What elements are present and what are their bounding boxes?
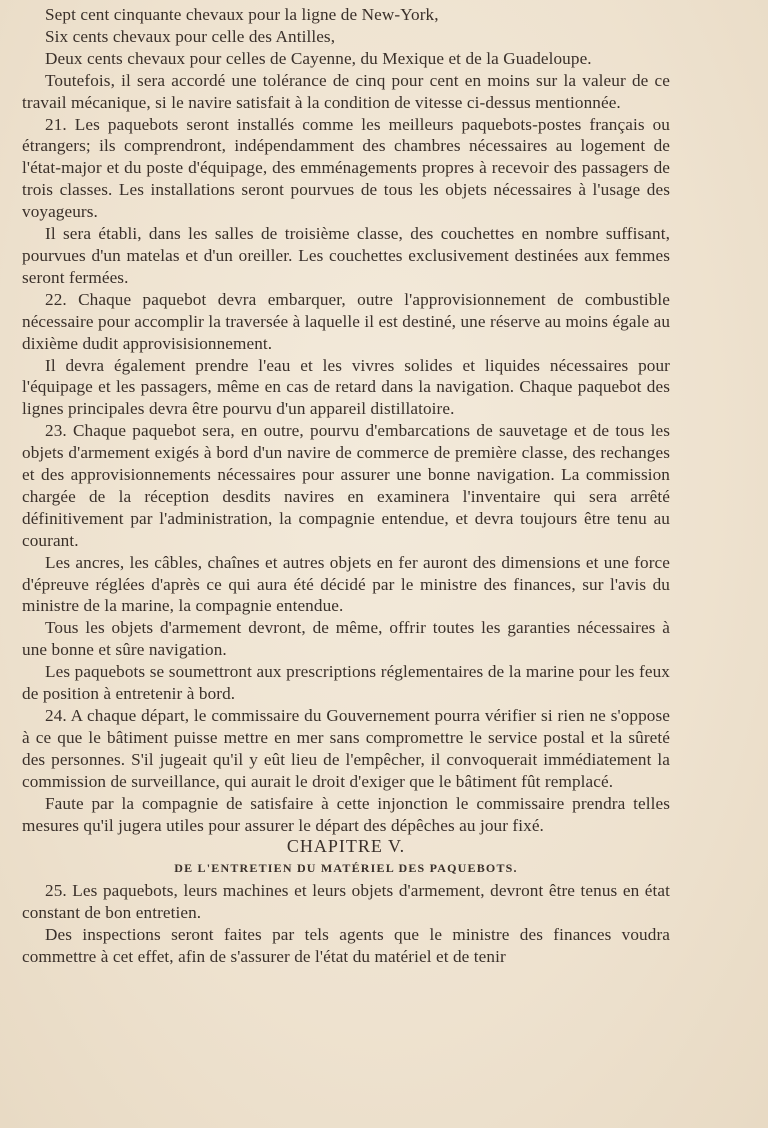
paragraph-injonction: Faute par la compagnie de satisfaire à c… (22, 793, 670, 837)
scanned-page: Sept cent cinquante chevaux pour la lign… (0, 0, 768, 1128)
article-22: 22. Chaque paquebot devra embarquer, out… (22, 289, 670, 355)
paragraph-tolerance: Toutefois, il sera accordé une tolérance… (22, 70, 670, 114)
paragraph-ancres: Les ancres, les câbles, chaînes et autre… (22, 552, 670, 618)
paragraph-line-antilles: Six cents chevaux pour celle des Antille… (22, 26, 670, 48)
paragraph-armement: Tous les objets d'armement devront, de m… (22, 617, 670, 661)
paragraph-vivres: Il devra également prendre l'eau et les … (22, 355, 670, 421)
article-25: 25. Les paquebots, leurs machines et leu… (22, 880, 670, 924)
paragraph-inspections: Des inspections seront faites par tels a… (22, 924, 670, 968)
paragraph-couchettes: Il sera établi, dans les salles de trois… (22, 223, 670, 289)
chapter-subtitle: DE L'ENTRETIEN DU MATÉRIEL DES PAQUEBOTS… (22, 858, 670, 880)
page-body: Sept cent cinquante chevaux pour la lign… (22, 4, 670, 968)
article-21: 21. Les paquebots seront installés comme… (22, 114, 670, 224)
paragraph-line-newyork: Sept cent cinquante chevaux pour la lign… (22, 4, 670, 26)
chapter-title: CHAPITRE V. (22, 836, 670, 858)
article-24: 24. A chaque départ, le commissaire du G… (22, 705, 670, 793)
paragraph-feux: Les paquebots se soumettront aux prescri… (22, 661, 670, 705)
article-23: 23. Chaque paquebot sera, en outre, pour… (22, 420, 670, 551)
paragraph-line-cayenne: Deux cents chevaux pour celles de Cayenn… (22, 48, 670, 70)
